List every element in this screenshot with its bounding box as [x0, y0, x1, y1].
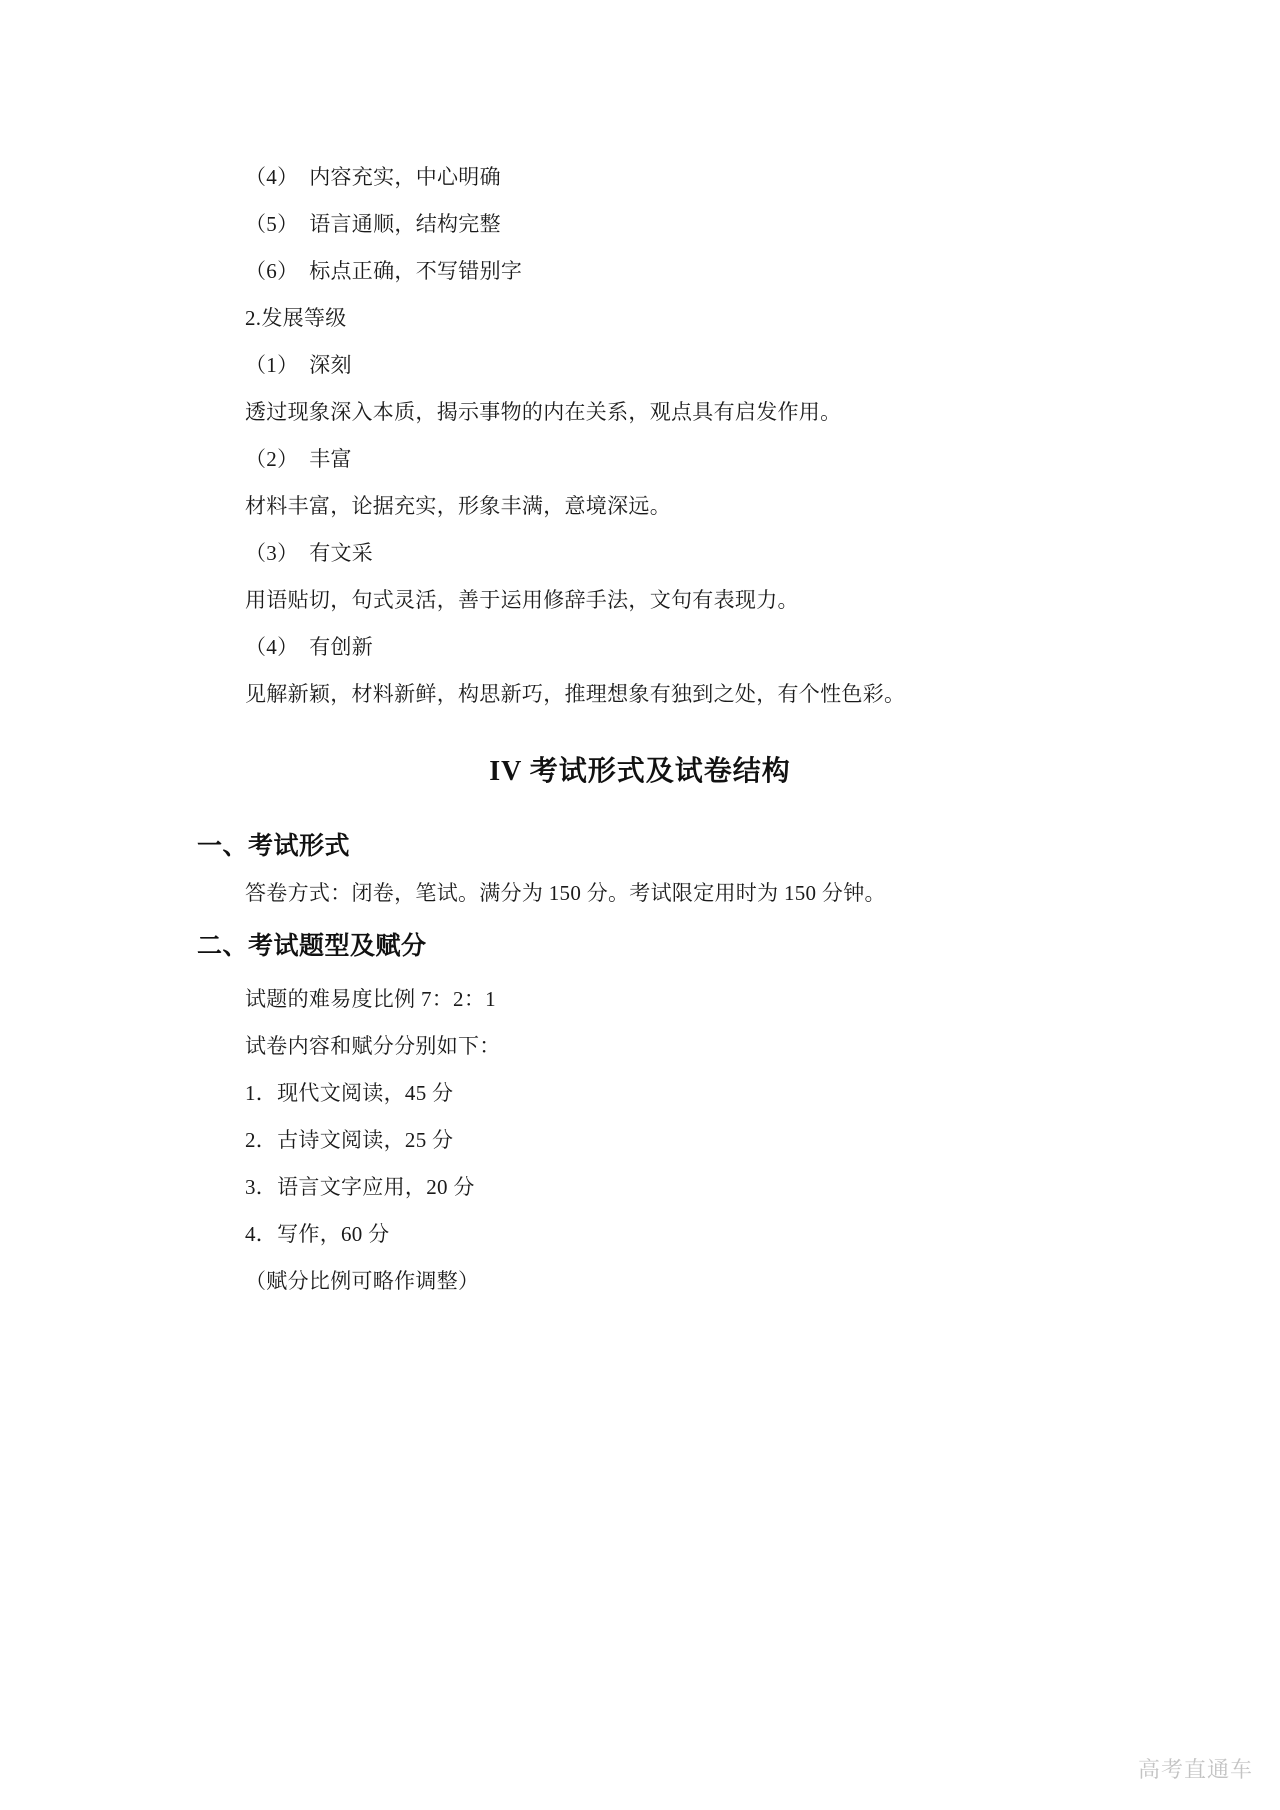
section-header-question-types: 二、考试题型及赋分 — [197, 923, 1280, 970]
grading-item: （3） 有文采 — [245, 530, 1280, 577]
grading-level-title: 2.发展等级 — [245, 295, 1280, 342]
grading-item-description: 材料丰富，论据充实，形象丰满，意境深远。 — [245, 483, 1280, 530]
grading-item: （2） 丰富 — [245, 436, 1280, 483]
score-list-item: 1．现代文阅读，45 分 — [245, 1070, 1280, 1117]
section-paragraph: 试卷内容和赋分分别如下： — [245, 1023, 1280, 1070]
score-list-item: 2．古诗文阅读，25 分 — [245, 1117, 1280, 1164]
grading-item-description: 用语贴切，句式灵活，善于运用修辞手法，文句有表现力。 — [245, 577, 1280, 624]
grading-item: （6） 标点正确，不写错别字 — [245, 248, 1280, 295]
watermark: 高考直通车 — [1138, 1757, 1253, 1783]
grading-item: （4） 有创新 — [245, 624, 1280, 671]
score-note: （赋分比例可略作调整） — [245, 1258, 1280, 1305]
score-list-item: 4．写作，60 分 — [245, 1211, 1280, 1258]
grading-item-description: 见解新颖，材料新鲜，构思新巧，推理想象有独到之处，有个性色彩。 — [245, 671, 1280, 718]
section-header-exam-form: 一、考试形式 — [197, 823, 1280, 870]
grading-item: （4） 内容充实，中心明确 — [245, 154, 1280, 201]
chapter-heading: IV 考试形式及试卷结构 — [0, 748, 1280, 795]
grading-item: （5） 语言通顺，结构完整 — [245, 201, 1280, 248]
score-list-item: 3．语言文字应用，20 分 — [245, 1164, 1280, 1211]
section-paragraph: 答卷方式：闭卷，笔试。满分为 150 分。考试限定用时为 150 分钟。 — [245, 870, 1280, 917]
grading-item: （1） 深刻 — [245, 342, 1280, 389]
section-paragraph: 试题的难易度比例 7：2：1 — [245, 976, 1280, 1023]
document-page: （4） 内容充实，中心明确 （5） 语言通顺，结构完整 （6） 标点正确，不写错… — [0, 0, 1280, 1810]
document-content: （4） 内容充实，中心明确 （5） 语言通顺，结构完整 （6） 标点正确，不写错… — [0, 0, 1280, 1305]
grading-item-description: 透过现象深入本质，揭示事物的内在关系，观点具有启发作用。 — [245, 389, 1280, 436]
